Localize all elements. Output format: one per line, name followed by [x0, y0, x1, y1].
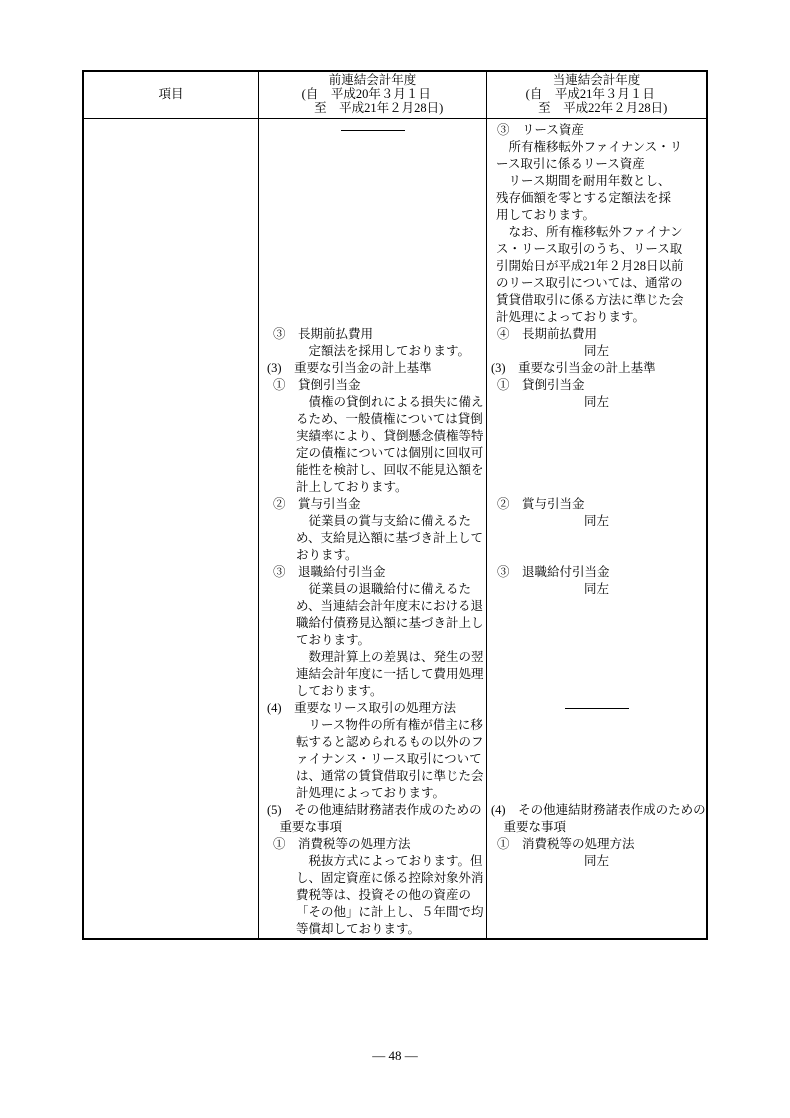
clause-paragraph: 数理計算上の差異は、発生の翌 連結会計年度に一括して費用処理 しております。	[296, 649, 486, 700]
clause-heading: ① 消費税等の処理方法	[273, 836, 486, 853]
clause-heading: (5) その他連結財務諸表作成のための 重要な事項	[267, 802, 486, 836]
current-fiscal-year-title: 当連結会計年度	[487, 74, 706, 88]
curr-cell-lease-method	[486, 700, 706, 802]
item-cell-empty	[84, 377, 258, 496]
clause-paragraph: 従業員の退職給付に備えるた め、当連結会計年度末における退 職給付債務見込額に基…	[296, 581, 486, 649]
item-cell-empty	[84, 700, 258, 802]
prev-cell-longterm-prepaid: ③ 長期前払費用 定額法を採用しております。	[258, 326, 486, 360]
clause-paragraph: 従業員の賞与支給に備えるた め、支給見込額に基づき計上して おります。	[296, 513, 486, 564]
dash-line	[565, 708, 629, 709]
prev-cell-lease-method: (4) 重要なリース取引の処理方法 リース物件の所有権が借主に移 転すると認めら…	[258, 700, 486, 802]
prev-cell-lease-assets	[258, 119, 486, 326]
item-cell-empty	[84, 496, 258, 564]
item-cell-empty	[84, 836, 258, 938]
same-as-left: 同左	[487, 394, 706, 411]
page-number: ― 48 ―	[0, 1048, 790, 1064]
clause-paragraph: 債権の貸倒れによる損失に備え るため、一般債権については貸倒 実績率により、貸倒…	[296, 394, 486, 496]
clause-heading: ① 消費税等の処理方法	[497, 836, 706, 853]
clause-paragraph: なお、所有権移転外ファイナン ス・リース取引のうち、リース取 引開始日が平成21…	[496, 224, 706, 326]
dash-line	[341, 130, 405, 131]
item-cell-empty	[84, 564, 258, 700]
clause-paragraph: 定額法を採用しております。	[296, 343, 486, 360]
same-as-left: 同左	[487, 581, 706, 598]
clause-paragraph: 所有権移転外ファイナンス・リ ース取引に係るリース資産	[496, 139, 706, 173]
curr-cell-consumption-tax: ① 消費税等の処理方法 同左	[486, 836, 706, 938]
prev-cell-other-matters: (5) その他連結財務諸表作成のための 重要な事項	[258, 802, 486, 836]
item-cell-empty	[84, 360, 258, 377]
prev-cell-doubtful-accounts: ① 貸倒引当金 債権の貸倒れによる損失に備え るため、一般債権については貸倒 実…	[258, 377, 486, 496]
clause-paragraph: リース期間を耐用年数とし、 残存価額を零とする定額法を採 用しております。	[496, 173, 706, 224]
current-fiscal-year-period: (自 平成21年３月１日 至 平成22年２月28日)	[526, 88, 668, 116]
curr-cell-other-matters: (4) その他連結財務諸表作成のための 重要な事項	[486, 802, 706, 836]
document-page: 項目 前連結会計年度 (自 平成20年３月１日 至 平成21年２月28日) 当連…	[0, 0, 790, 1118]
clause-heading: ③ 退職給付引当金	[497, 564, 706, 581]
clause-heading: ③ 退職給付引当金	[273, 564, 486, 581]
item-cell-empty	[84, 802, 258, 836]
no-entry-dash	[259, 122, 486, 139]
clause-heading: (4) 重要なリース取引の処理方法	[267, 700, 486, 717]
prev-cell-bonus-allowance: ② 賞与引当金 従業員の賞与支給に備えるた め、支給見込額に基づき計上して おり…	[258, 496, 486, 564]
item-cell-empty	[84, 119, 258, 326]
prev-cell-consumption-tax: ① 消費税等の処理方法 税抜方式によっております。但 し、固定資産に係る控除対象…	[258, 836, 486, 938]
curr-cell-allowance-basis: (3) 重要な引当金の計上基準	[486, 360, 706, 377]
clause-heading: ② 賞与引当金	[497, 496, 706, 513]
clause-paragraph: リース物件の所有権が借主に移 転すると認められるもの以外のフ ァイナンス・リース…	[296, 717, 486, 802]
clause-heading: ① 貸倒引当金	[273, 377, 486, 394]
clause-heading: (4) その他連結財務諸表作成のための 重要な事項	[491, 802, 706, 836]
item-cell-empty	[84, 326, 258, 360]
header-current-fiscal-year: 当連結会計年度 (自 平成21年３月１日 至 平成22年２月28日)	[486, 72, 706, 119]
clause-paragraph: 税抜方式によっております。但 し、固定資産に係る控除対象外消 費税等は、投資その…	[296, 853, 486, 938]
curr-cell-bonus-allowance: ② 賞与引当金 同左	[486, 496, 706, 564]
header-item-column: 項目	[84, 72, 258, 119]
clause-heading: ④ 長期前払費用	[497, 326, 706, 343]
clause-heading: ③ リース資産	[497, 122, 706, 139]
previous-fiscal-year-title: 前連結会計年度	[259, 74, 486, 88]
clause-heading: ③ 長期前払費用	[273, 326, 486, 343]
curr-cell-retirement-allowance: ③ 退職給付引当金 同左	[486, 564, 706, 700]
prev-cell-retirement-allowance: ③ 退職給付引当金 従業員の退職給付に備えるた め、当連結会計年度末における退 …	[258, 564, 486, 700]
clause-heading: (3) 重要な引当金の計上基準	[491, 360, 706, 377]
curr-cell-doubtful-accounts: ① 貸倒引当金 同左	[486, 377, 706, 496]
same-as-left: 同左	[487, 853, 706, 870]
clause-heading: (3) 重要な引当金の計上基準	[267, 360, 486, 377]
curr-cell-lease-assets: ③ リース資産 所有権移転外ファイナンス・リ ース取引に係るリース資産 リース期…	[486, 119, 706, 326]
prev-cell-allowance-basis: (3) 重要な引当金の計上基準	[258, 360, 486, 377]
same-as-left: 同左	[487, 513, 706, 530]
previous-fiscal-year-period: (自 平成20年３月１日 至 平成21年２月28日)	[302, 88, 444, 116]
no-entry-dash	[487, 700, 706, 717]
header-previous-fiscal-year: 前連結会計年度 (自 平成20年３月１日 至 平成21年２月28日)	[258, 72, 486, 119]
clause-heading: ① 貸倒引当金	[497, 377, 706, 394]
clause-heading: ② 賞与引当金	[273, 496, 486, 513]
curr-cell-longterm-prepaid: ④ 長期前払費用 同左	[486, 326, 706, 360]
accounting-policy-table: 項目 前連結会計年度 (自 平成20年３月１日 至 平成21年２月28日) 当連…	[82, 70, 708, 940]
same-as-left: 同左	[487, 343, 706, 360]
